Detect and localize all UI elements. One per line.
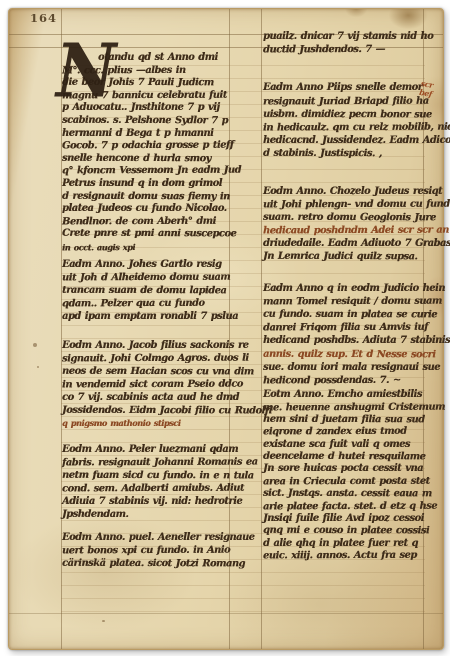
text-column-left: otandu qd st Anno dmiM°. ccc. plius —alb… — [62, 52, 230, 570]
manuscript-line: fabris. resignauit Johanni Romanis ea — [62, 455, 230, 469]
manuscript-line: qdam.. Pelzer qua cu fundo — [62, 296, 230, 310]
ink-speck — [102, 620, 105, 622]
manuscript-line: neos de sem Hacian scos cu vna dim — [62, 364, 230, 378]
entry-paragraph: Eodm Anno. puel. Aeneller resignaueuert … — [62, 531, 230, 570]
manuscript-line: hedicaud poshdndm Adei scr scr an — [263, 224, 435, 238]
manuscript-line: sict. Jnstqs. ansta. cessit eaua m — [263, 488, 435, 501]
manuscript-line: ductid Jushdendos. 7 — — [263, 43, 435, 57]
manuscript-line: existane sca fuit vali q omes — [263, 439, 435, 451]
ruling-horizontal-bottom — [9, 613, 443, 614]
manuscript-line: in hedicaulz. qm cu relz mobilib, nid — [263, 121, 435, 135]
manuscript-line: q pnigsmo mathonio stipsci — [62, 417, 230, 430]
manuscript-line: signauit. Johi Colmgo Agros. duos li — [62, 351, 230, 365]
manuscript-line: apd ipam emptam ronabli 7 pslua — [62, 310, 230, 323]
manuscript-line: snelle hencone d hurla smoy — [62, 152, 230, 165]
manuscript-line: Bendlnor. de com Aberh° dmi — [62, 215, 230, 228]
manuscript-line: me. heuenne anshugmi Cristemum — [263, 401, 435, 414]
manuscript-line: Eodm Anno. Jacob filius sackonis re — [62, 339, 230, 352]
manuscript-line: Eodm Anno. puel. Aeneller resignaue — [62, 531, 230, 544]
manuscript-line: Adiuia 7 stabinis vij. nid: hedrotrie — [62, 495, 230, 508]
manuscript-line: danrei Friqom filia su Amvis iuf — [263, 321, 435, 335]
manuscript-line: Crete pnre st pmi anni suscepcoe — [62, 228, 230, 241]
manuscript-line: d stabinis. Justispicis. , — [263, 147, 435, 161]
manuscript-line: euic. xiiij. annos. Actu fra sep — [263, 550, 435, 563]
manuscript-line: hermanni d Bega t p hmanni — [62, 128, 230, 141]
manuscript-line: co 7 vij. scabinis acta aud he dmd — [62, 391, 230, 404]
manuscript-line: uisbm. dimidiez pecm bonor sue — [263, 107, 435, 121]
manuscript-line: in vendemid sict coram Pseio ddco — [62, 377, 230, 391]
manuscript-line: Eadm Anno. Johes Gartlo resig — [62, 258, 230, 271]
manuscript-line: Petrus insund q in dom grimol — [62, 178, 230, 191]
manuscript-line: hedicond possdendas. 7. ~ — [263, 374, 435, 388]
manuscript-line: Eodm Anno. Peler luezmani qdam — [62, 443, 230, 456]
ink-speck — [37, 366, 39, 368]
entry-paragraph: puailz. dnicar 7 vij stamis nid hoductid… — [263, 30, 435, 56]
manuscript-line: mann Tomel resiquit / domu suam — [263, 294, 435, 308]
manuscript-line: cu fundo. suam in platea se curie — [263, 308, 435, 322]
manuscript-line: suam. retro domu Geoglonis Jure — [263, 211, 435, 225]
manuscript-line: trancam suam de domu lapidea — [62, 283, 230, 297]
entry-paragraph: Eodm Anno. Chozelo Judeus resiqtuit Johi… — [263, 185, 435, 264]
manuscript-line: hem sini d juetam filia sua sud — [263, 414, 435, 427]
manuscript-line: area in Criecula comt posta stet — [263, 475, 435, 488]
manuscript-line: Eadm Anno q in eodm Judicio hein — [263, 282, 435, 295]
manuscript-line: q° kfoncm Vessemom Jn eadm Jud — [62, 165, 230, 178]
text-column-right: puailz. dnicar 7 vij stamis nid hoductid… — [263, 30, 435, 563]
manuscript-line: Eadm Anno Piips snelle demor — [263, 81, 435, 94]
manuscript-line: hedicacnd. Jussidendez. Eadm Adicoa — [263, 134, 435, 147]
manuscript-line: Gocob. 7 p odachia grosse p tieff — [62, 140, 230, 153]
entry-paragraph: Eodm Anno. Jacob filius sackonis resigna… — [62, 339, 230, 430]
manuscript-line: d resignauit domu suas fiemy in — [62, 190, 230, 203]
manuscript-line: sue. domu iori mala resignaui sue — [263, 361, 435, 374]
manuscript-line: d alie qhq in platee fuer ret q — [263, 538, 435, 550]
manuscript-line: platea Judeos cu fundo Nicolao. — [62, 203, 230, 216]
manuscript-line: uit Johi phlengn- vnd domu cu fundo — [263, 197, 435, 211]
manuscript-line: Jpshdendam. — [62, 507, 230, 521]
entry-paragraph: Eodm Anno. Peler luezmani qdamfabris. re… — [62, 443, 230, 521]
manuscript-line: uit Joh d Alheidemo domu suam — [62, 270, 230, 284]
manuscript-line: netm fuam sicd cu fundo. in e n tula — [62, 468, 230, 482]
entry-paragraph: Eadm Anno. Johes Gartlo resiguit Joh d A… — [62, 258, 230, 323]
manuscript-line: puailz. dnicar 7 vij stamis nid ho — [263, 30, 435, 43]
decorated-initial-letter: N — [56, 34, 116, 108]
manuscript-line: scabinos. s. Pelshone Sydlor 7 p — [62, 115, 230, 128]
manuscript-line: uert bonos xpi cu fundo. in Anio — [62, 543, 230, 557]
manuscript-line: Eotm Anno. Emcho amiestbilis — [263, 389, 435, 401]
manuscript-line: annis. quilz sup. Et d Nesse socri — [263, 347, 435, 361]
manuscript-line: in occt. augis xpi — [62, 241, 230, 254]
manuscript-line: Jnsiqi fuile filie Avd ipoz cessoi — [263, 513, 435, 525]
folio-number: 164 — [30, 11, 57, 25]
manuscript-line: cärinskä platea. sicot Jotzi Romang — [62, 556, 230, 570]
entry-paragraph: Eotm Anno. Emcho amiestbilisme. heuenne … — [263, 389, 435, 562]
manuscript-line: cond. sem. Adalberti amiubs. Adiut — [62, 481, 230, 495]
manuscript-line: qnq mi e couso in platee cossisi — [263, 525, 435, 538]
manuscript-line: Jn sore huicas pocta cessit vna — [263, 463, 435, 475]
manuscript-line: hedicand poshdbs. Adiuta 7 stabinis — [263, 334, 435, 347]
manuscript-scan: 164 N scr bef otandu qd st Anno dmiM°. c… — [0, 0, 450, 656]
entry-paragraph: Eadm Anno Piips snelle demorresignauit J… — [263, 81, 435, 160]
marginal-rubric-mark: scr bef — [419, 79, 435, 99]
manuscript-line: Jossidendos. Eidm Jacobi filio cu Rudolf… — [62, 403, 230, 417]
entry-paragraph: Eadm Anno q in eodm Judicio heinmann Tom… — [263, 282, 435, 388]
manuscript-line: arie platee facta. stet. d etz q hse — [263, 500, 435, 513]
manuscript-line: eiqrone d zandex eius tmod — [263, 426, 435, 439]
manuscript-line: deencelame d hutei resquilame — [263, 451, 435, 464]
manuscript-line: resignauit Juriad Briapd filio ha — [263, 94, 435, 108]
manuscript-line: driudedaile. Eadm Adiuoto 7 Grabas — [263, 237, 435, 250]
manuscript-line: Eodm Anno. Chozelo Judeus resiqt — [263, 185, 435, 198]
manuscript-line: Jn Lemrica Judici quilz supsa. — [263, 250, 435, 264]
ink-speck — [33, 343, 37, 347]
